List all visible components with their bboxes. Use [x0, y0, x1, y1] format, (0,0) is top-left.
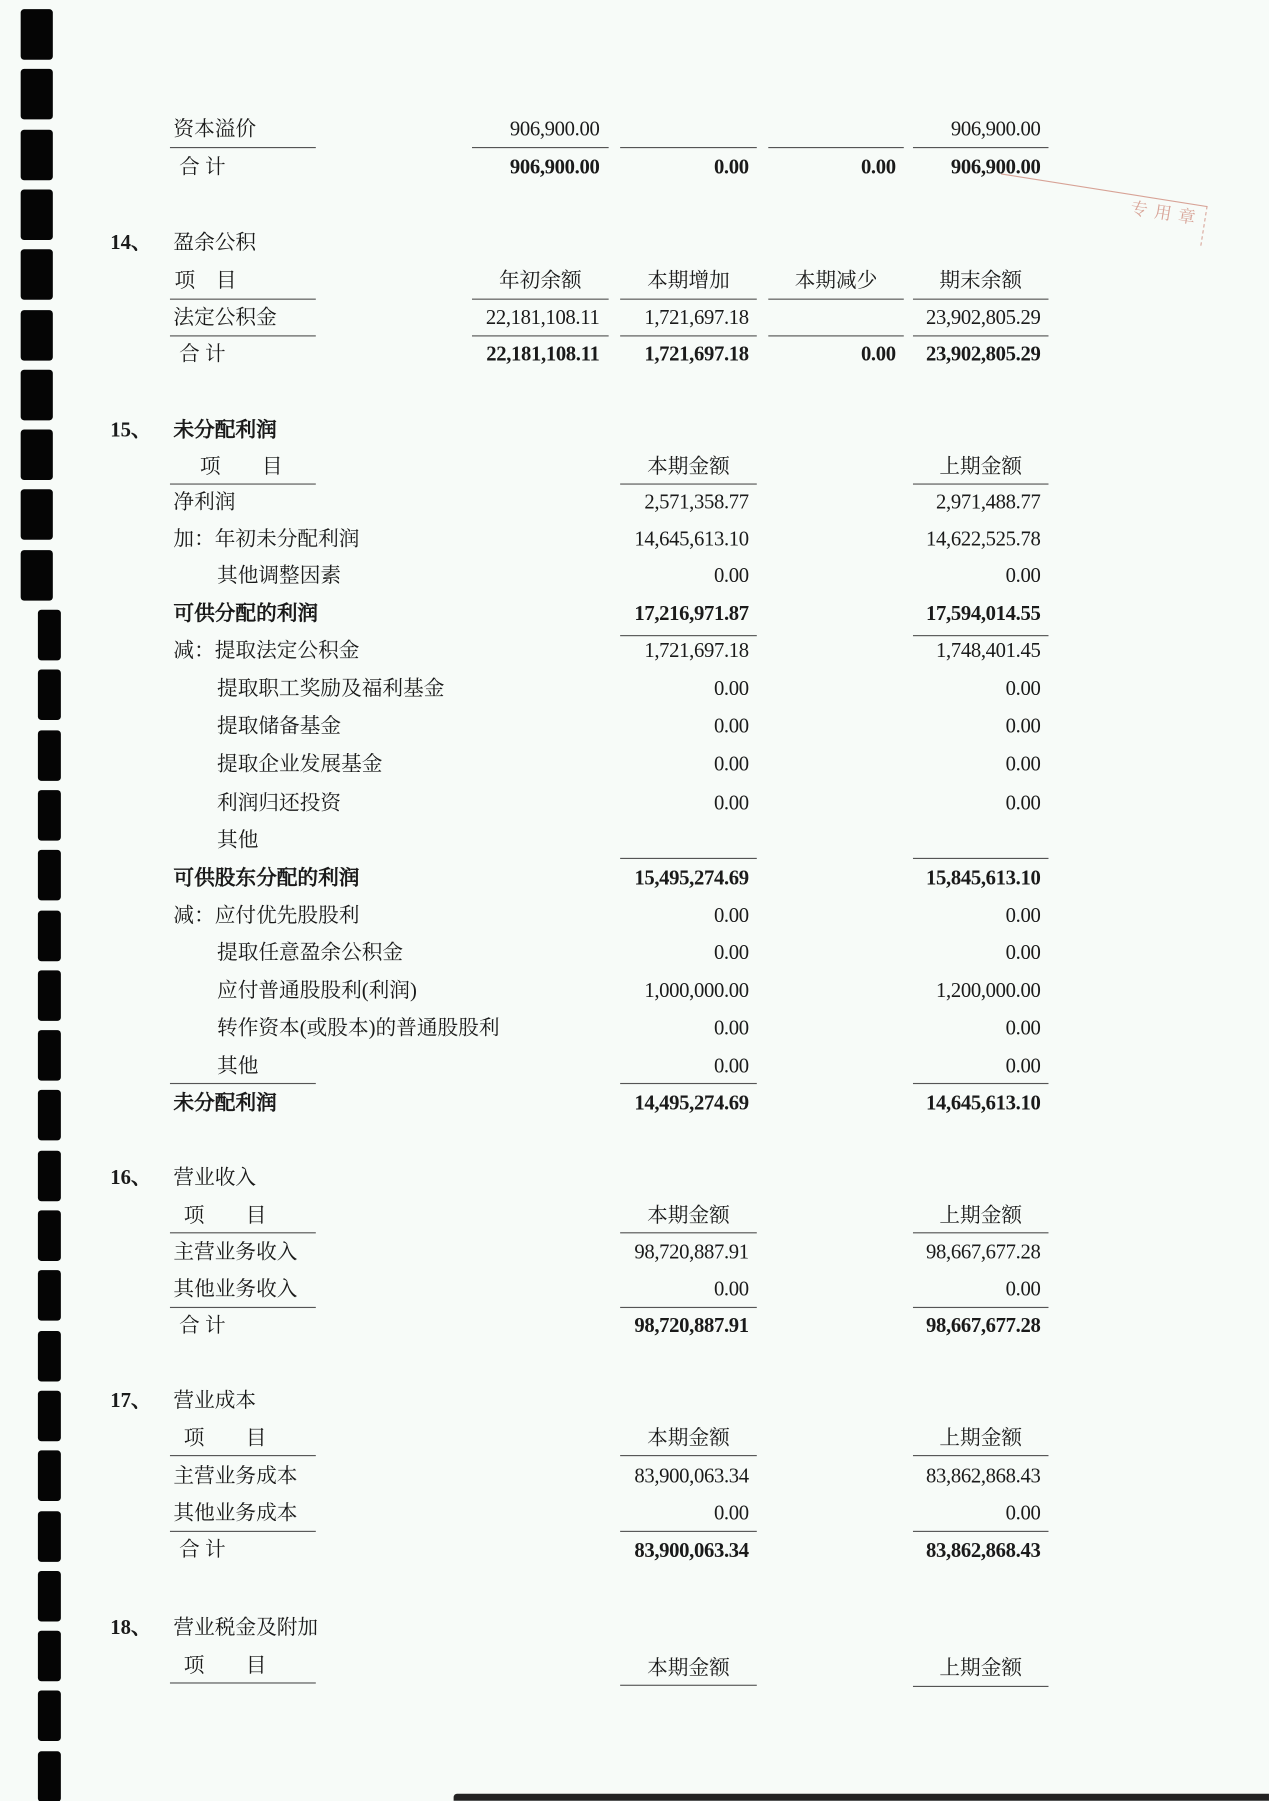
row-label: 法定公积金 — [173, 304, 276, 329]
divider — [620, 483, 757, 484]
row-label: 利润归还投资 — [217, 790, 341, 815]
row-label: 提取企业发展基金 — [217, 751, 382, 776]
header-prior: 上期金额 — [913, 1425, 1049, 1450]
cell-prior: 0.00 — [900, 1276, 1040, 1301]
binder-hole — [38, 1331, 61, 1382]
total-label: 合 计 — [179, 341, 226, 366]
row-label: 提取任意盈余公积金 — [217, 939, 403, 964]
divider — [620, 1685, 757, 1686]
header-item: 项 目 — [184, 1425, 267, 1450]
divider — [913, 858, 1049, 859]
divider — [170, 1232, 316, 1233]
cell-prior: 14,622,525.78 — [900, 526, 1040, 551]
divider — [170, 335, 316, 336]
total-increase: 0.00 — [622, 154, 748, 179]
cell-prior: 98,667,677.28 — [900, 1239, 1040, 1264]
row-label: 减：提取法定公积金 — [173, 637, 359, 662]
row-label: 其他 — [217, 1053, 258, 1078]
divider — [768, 299, 904, 300]
header-current: 本期金额 — [620, 454, 757, 479]
row-label: 应付普通股股利(利润) — [217, 977, 417, 1002]
cell-prior: 0.00 — [900, 1053, 1040, 1078]
header-item: 项 目 — [184, 1202, 267, 1227]
cell-prior: 0.00 — [900, 1500, 1040, 1525]
row-label: 可供分配的利润 — [173, 601, 318, 626]
divider — [170, 1682, 316, 1683]
row-label: 净利润 — [173, 489, 235, 514]
binder-hole — [38, 1391, 61, 1442]
binder-hole — [38, 1751, 61, 1801]
total-label: 合 计 — [179, 1537, 226, 1562]
header-current: 本期金额 — [620, 1202, 757, 1227]
total-current: 98,720,887.91 — [609, 1313, 749, 1338]
row-label: 可供股东分配的利润 — [173, 865, 359, 890]
divider — [913, 1686, 1049, 1687]
divider — [913, 483, 1049, 484]
binder-hole — [38, 1691, 61, 1742]
cell-prior: 1,748,401.45 — [900, 637, 1040, 662]
total-current: 83,900,063.34 — [609, 1538, 749, 1563]
binder-hole — [21, 550, 53, 601]
binder-hole — [21, 9, 53, 60]
divider — [170, 1307, 316, 1308]
cell-current: 0.00 — [609, 713, 749, 738]
header-decrease: 本期减少 — [768, 268, 904, 293]
cell-closing: 906,900.00 — [914, 116, 1040, 141]
cell-prior: 0.00 — [900, 790, 1040, 815]
binder-hole — [21, 69, 53, 120]
divider — [620, 1307, 757, 1308]
cell-current: 1,000,000.00 — [609, 977, 749, 1002]
binder-hole — [38, 850, 61, 901]
divider — [620, 147, 757, 148]
divider — [620, 335, 757, 336]
divider — [620, 635, 757, 636]
cell-prior: 0.00 — [900, 1015, 1040, 1040]
divider — [170, 299, 316, 300]
header-current: 本期金额 — [620, 1425, 757, 1450]
total-label: 合 计 — [179, 154, 226, 179]
divider — [913, 635, 1049, 636]
cell-current: 14,495,274.69 — [609, 1090, 749, 1115]
cell-current: 0.00 — [609, 790, 749, 815]
total-opening: 22,181,108.11 — [459, 341, 599, 366]
cell-prior: 1,200,000.00 — [900, 977, 1040, 1002]
row-label: 资本溢价 — [173, 116, 256, 141]
row-label: 其他调整因素 — [217, 563, 341, 588]
cell-current: 0.00 — [609, 563, 749, 588]
row-label: 减：应付优先股股利 — [173, 903, 359, 928]
cell-prior: 2,971,488.77 — [900, 489, 1040, 514]
cell-current: 14,645,613.10 — [609, 526, 749, 551]
divider — [913, 1307, 1049, 1308]
company-seal-stamp: 专用章 — [995, 173, 1208, 245]
cell-current: 0.00 — [609, 675, 749, 700]
section-title: 盈余公积 — [173, 230, 256, 255]
binder-hole — [38, 610, 61, 661]
total-opening: 906,900.00 — [473, 154, 599, 179]
total-prior: 98,667,677.28 — [900, 1313, 1040, 1338]
header-item: 项 目 — [175, 268, 237, 293]
divider — [472, 335, 609, 336]
cell-prior: 0.00 — [900, 903, 1040, 928]
section-title: 未分配利润 — [173, 417, 276, 442]
binder-hole — [21, 490, 53, 541]
divider — [472, 299, 609, 300]
divider — [913, 147, 1049, 148]
divider — [913, 1083, 1049, 1084]
binder-hole — [38, 1451, 61, 1502]
total-prior: 83,862,868.43 — [900, 1538, 1040, 1563]
binder-hole — [38, 670, 61, 721]
cell-current: 2,571,358.77 — [609, 489, 749, 514]
header-prior: 上期金额 — [913, 1655, 1049, 1680]
cell-prior: 15,845,613.10 — [900, 865, 1040, 890]
binder-hole — [21, 189, 53, 240]
binder-hole — [38, 1090, 61, 1141]
row-label: 提取储备基金 — [217, 713, 341, 738]
divider — [768, 147, 904, 148]
cell-prior: 0.00 — [900, 939, 1040, 964]
row-label: 主营业务成本 — [173, 1463, 297, 1488]
cell-prior: 0.00 — [900, 563, 1040, 588]
cell-prior: 17,594,014.55 — [900, 601, 1040, 626]
binder-hole — [38, 1571, 61, 1622]
cell-current: 98,720,887.91 — [609, 1239, 749, 1264]
divider — [472, 147, 609, 148]
cell-current: 15,495,274.69 — [609, 865, 749, 890]
binder-hole — [38, 910, 61, 961]
binder-hole — [38, 1150, 61, 1201]
cell-current: 0.00 — [609, 751, 749, 776]
header-increase: 本期增加 — [620, 268, 757, 293]
row-label: 主营业务收入 — [173, 1239, 297, 1264]
total-closing: 23,902,805.29 — [900, 341, 1040, 366]
header-current: 本期金额 — [620, 1655, 757, 1680]
row-label: 未分配利润 — [173, 1090, 276, 1115]
binder-hole — [38, 1631, 61, 1682]
section-title: 营业成本 — [173, 1387, 256, 1412]
cell-current: 17,216,971.87 — [609, 601, 749, 626]
binder-hole — [38, 790, 61, 841]
divider — [620, 858, 757, 859]
row-label: 加：年初未分配利润 — [173, 526, 359, 551]
section-title: 营业税金及附加 — [173, 1615, 318, 1640]
divider — [620, 1455, 757, 1456]
cell-current: 0.00 — [609, 939, 749, 964]
cell-opening: 22,181,108.11 — [465, 304, 599, 329]
cell-opening: 906,900.00 — [473, 116, 599, 141]
section-number: 17、 — [110, 1387, 151, 1412]
binder-hole — [21, 309, 53, 360]
cell-prior: 83,862,868.43 — [900, 1463, 1040, 1488]
divider — [170, 1531, 316, 1532]
binder-hole — [21, 129, 53, 180]
divider — [170, 1455, 316, 1456]
row-label: 转作资本(或股本)的普通股股利 — [217, 1015, 500, 1040]
cell-current: 0.00 — [609, 903, 749, 928]
cell-prior: 0.00 — [900, 675, 1040, 700]
cell-current: 83,900,063.34 — [609, 1463, 749, 1488]
cell-current: 0.00 — [609, 1015, 749, 1040]
total-decrease: 0.00 — [769, 154, 895, 179]
divider — [170, 1083, 316, 1084]
divider — [620, 1232, 757, 1233]
header-prior: 上期金额 — [913, 1202, 1049, 1227]
divider — [768, 335, 904, 336]
cell-increase: 1,721,697.18 — [614, 304, 748, 329]
cell-current: 1,721,697.18 — [609, 637, 749, 662]
row-label: 其他业务收入 — [173, 1276, 297, 1301]
divider — [913, 299, 1049, 300]
cell-prior: 0.00 — [900, 713, 1040, 738]
cell-current: 0.00 — [609, 1276, 749, 1301]
section-number: 16、 — [110, 1164, 151, 1189]
divider — [913, 1531, 1049, 1532]
binder-hole — [38, 1270, 61, 1321]
binder-hole — [21, 430, 53, 481]
divider — [620, 299, 757, 300]
binder-hole — [38, 1210, 61, 1261]
section-number: 14、 — [110, 230, 151, 255]
row-label: 提取职工奖励及福利基金 — [217, 675, 444, 700]
divider — [913, 1232, 1049, 1233]
binder-hole — [38, 1030, 61, 1081]
section-number: 18、 — [110, 1615, 151, 1640]
page-bottom-edge — [454, 1794, 1269, 1801]
header-item: 项 目 — [200, 454, 283, 479]
divider — [913, 1455, 1049, 1456]
section-number: 15、 — [110, 417, 151, 442]
total-decrease: 0.00 — [769, 341, 895, 366]
header-item: 项 目 — [184, 1653, 267, 1678]
divider — [620, 1531, 757, 1532]
header-opening: 年初余额 — [472, 268, 609, 293]
binder-hole — [38, 970, 61, 1021]
header-closing: 期末余额 — [913, 268, 1049, 293]
divider — [913, 335, 1049, 336]
divider — [170, 483, 316, 484]
section-title: 营业收入 — [173, 1164, 256, 1189]
cell-current: 0.00 — [609, 1053, 749, 1078]
cell-prior: 0.00 — [900, 751, 1040, 776]
binder-hole — [21, 249, 53, 300]
binder-hole — [38, 1511, 61, 1562]
total-label: 合 计 — [179, 1313, 226, 1338]
binder-hole — [38, 730, 61, 781]
header-prior: 上期金额 — [913, 454, 1049, 479]
divider — [170, 147, 316, 148]
binder-hole — [21, 370, 53, 421]
total-closing: 906,900.00 — [914, 154, 1040, 179]
total-increase: 1,721,697.18 — [609, 341, 749, 366]
divider — [620, 1083, 757, 1084]
scanned-page: 专用章 资本溢价 906,900.00 906,900.00 合 计 906,9… — [0, 0, 1269, 1801]
row-label: 其他业务成本 — [173, 1500, 297, 1525]
cell-prior: 14,645,613.10 — [900, 1090, 1040, 1115]
cell-current: 0.00 — [609, 1500, 749, 1525]
row-label: 其他 — [217, 827, 258, 852]
cell-closing: 23,902,805.29 — [906, 304, 1040, 329]
